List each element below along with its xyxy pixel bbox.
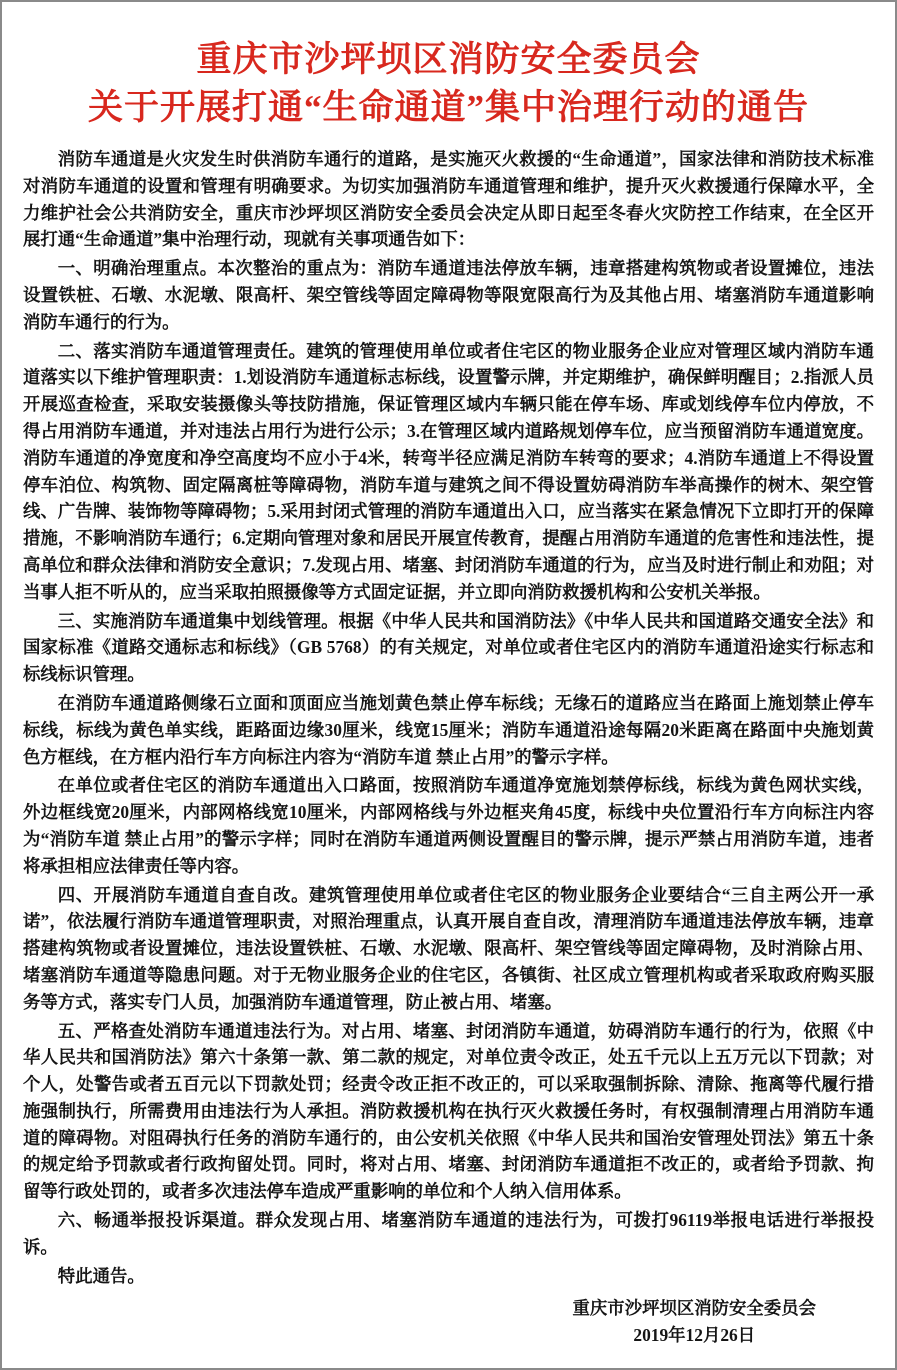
paragraph-section-3: 三、实施消防车通道集中划线管理。根据《中华人民共和国消防法》《中华人民共和国道路… bbox=[23, 608, 874, 688]
paragraph-section-5: 五、严格查处消防车通道违法行为。对占用、堵塞、封闭消防车通道，妨碍消防车通行的行… bbox=[23, 1018, 874, 1206]
notice-title-line2: 关于开展打通“生命通道”集中治理行动的通告 bbox=[23, 84, 874, 132]
notice-body: 消防车通道是火灾发生时供消防车通行的道路，是实施灭火救援的“生命通道”，国家法律… bbox=[23, 146, 874, 1289]
paragraph-section-3b: 在单位或者住宅区的消防车通道出入口路面，按照消防车通道净宽施划禁停标线，标线为黄… bbox=[23, 772, 874, 879]
signature-block: 重庆市沙坪坝区消防安全委员会 2019年12月26日 bbox=[23, 1295, 874, 1349]
notice-title: 重庆市沙坪坝区消防安全委员会 关于开展打通“生命通道”集中治理行动的通告 bbox=[23, 36, 874, 132]
signature-org: 重庆市沙坪坝区消防安全委员会 bbox=[573, 1295, 816, 1322]
signature-date: 2019年12月26日 bbox=[573, 1322, 816, 1349]
notice-title-line1: 重庆市沙坪坝区消防安全委员会 bbox=[23, 36, 874, 84]
paragraph-intro: 消防车通道是火灾发生时供消防车通行的道路，是实施灭火救援的“生命通道”，国家法律… bbox=[23, 146, 874, 253]
paragraph-section-6: 六、畅通举报投诉渠道。群众发现占用、堵塞消防车通道的违法行为，可拨打96119举… bbox=[23, 1207, 874, 1261]
paragraph-section-4: 四、开展消防车通道自查自改。建筑管理使用单位或者住宅区的物业服务企业要结合“三自… bbox=[23, 882, 874, 1016]
paragraph-section-3a: 在消防车通道路侧缘石立面和顶面应当施划黄色禁止停车标线；无缘石的道路应当在路面上… bbox=[23, 690, 874, 770]
paragraph-section-2: 二、落实消防车通道管理责任。建筑的管理使用单位或者住宅区的物业服务企业应对管理区… bbox=[23, 338, 874, 606]
paragraph-section-1: 一、明确治理重点。本次整治的重点为：消防车通道违法停放车辆，违章搭建构筑物或者设… bbox=[23, 255, 874, 335]
paragraph-closing: 特此通告。 bbox=[23, 1263, 874, 1290]
notice-page: 重庆市沙坪坝区消防安全委员会 关于开展打通“生命通道”集中治理行动的通告 消防车… bbox=[0, 0, 897, 1370]
